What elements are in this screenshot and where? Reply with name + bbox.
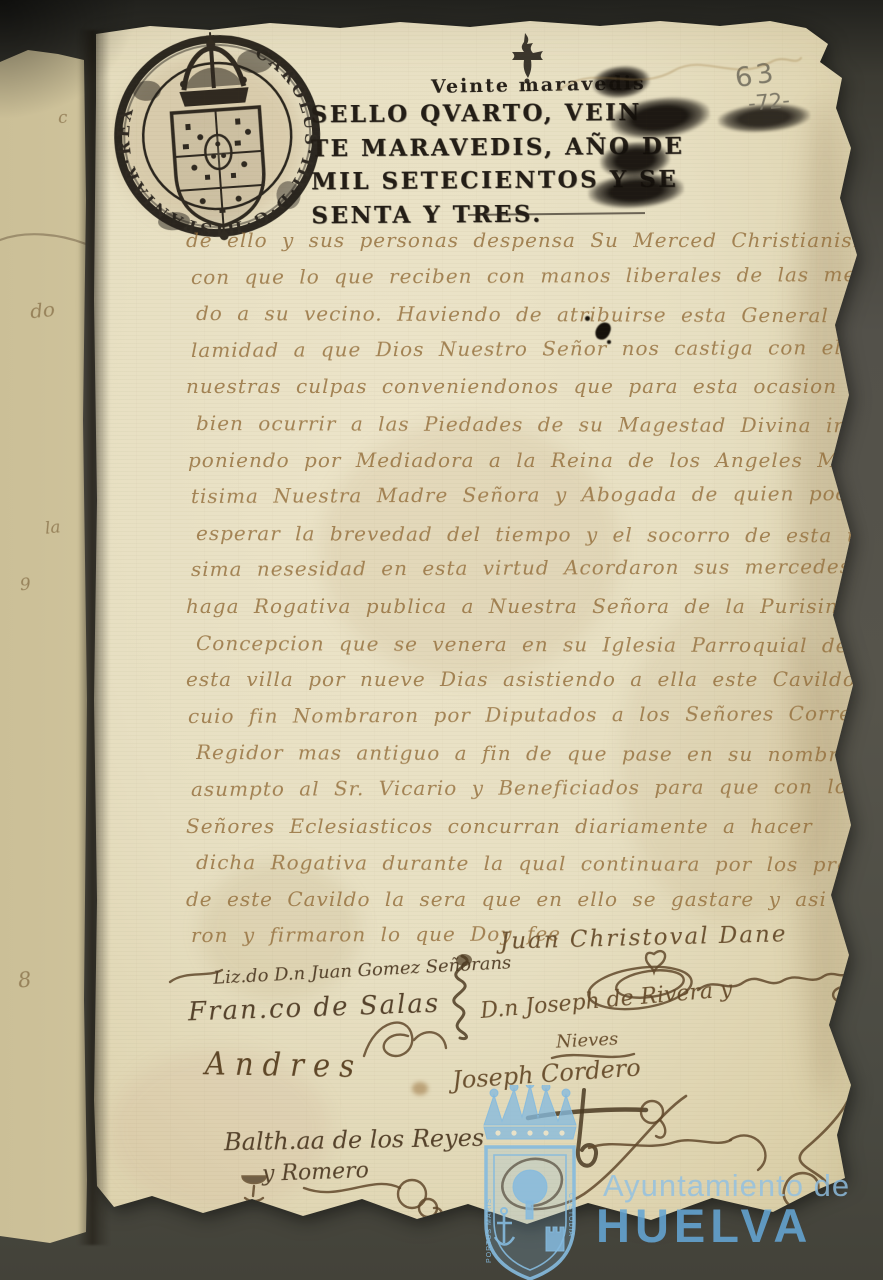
carlos-iii-seal-stamp-icon: CAROLUS·III·D·G·HISPANIAR·REX bbox=[101, 17, 334, 250]
huelva-coat-of-arms-icon: PORTUS MARIS CUSTODIA bbox=[470, 1085, 590, 1280]
signature-rubric-flourish bbox=[356, 1006, 452, 1064]
page-shadow-wrap: CAROLUS·III·D·G·HISPANIAR·REX bbox=[0, 0, 883, 1280]
ink-overprint-smudge bbox=[587, 171, 685, 212]
manuscript-line: Regidor mas antiguo a fin de que pase en… bbox=[196, 740, 858, 779]
binding-gutter-shadow bbox=[78, 30, 110, 1245]
manuscript-line: poniendo por Mediadora a la Reina de los… bbox=[188, 448, 858, 485]
manuscript-line: lamidad a que Dios Nuestro Señor nos cas… bbox=[191, 335, 858, 375]
manuscript-line: dicha Rogativa durante la qual continuar… bbox=[196, 850, 858, 889]
watermark-city-name: HUELVA bbox=[596, 1198, 812, 1253]
manuscript-body: de ello y sus personas despensa Su Merce… bbox=[186, 228, 858, 960]
ink-blot bbox=[585, 316, 590, 321]
manuscript-line: tisima Nuestra Madre Señora y Abogada de… bbox=[191, 481, 858, 521]
manuscript-line: de ello y sus personas despensa Su Merce… bbox=[186, 228, 858, 265]
signature-andres: Andres bbox=[205, 1045, 364, 1084]
manuscript-line: nuestras culpas conveniendonos que para … bbox=[186, 374, 858, 411]
goblet-doodle-icon bbox=[238, 1170, 272, 1208]
manuscript-line: do a su vecino. Haviendo de atribuirse e… bbox=[196, 301, 858, 340]
manuscript-page: CAROLUS·III·D·G·HISPANIAR·REX bbox=[0, 0, 883, 1280]
manuscript-line: bien ocurrir a las Piedades de su Magest… bbox=[196, 411, 858, 450]
manuscript-line: cuio fin Nombraron por Diputados a los S… bbox=[188, 701, 858, 741]
manuscript-line: esta villa por nueve Dias asistiendo a e… bbox=[186, 667, 858, 704]
manuscript-line: Señores Eclesiasticos concurran diariame… bbox=[186, 814, 858, 851]
ink-bleedthrough bbox=[555, 42, 805, 112]
watermark-shield-motto-right: CUSTODIA bbox=[567, 1193, 574, 1237]
manuscript-line: sima nesesidad en esta virtud Acordaron … bbox=[191, 554, 858, 594]
manuscript-line: haga Rogativa publica a Nuestra Señora d… bbox=[186, 594, 858, 631]
signature-rubric-flourish bbox=[558, 946, 860, 1024]
manuscript-line: Concepcion que se venera en su Iglesia P… bbox=[196, 631, 858, 670]
manuscript-line: de este Cavildo la sera que en ello se g… bbox=[186, 887, 858, 924]
ink-blot bbox=[607, 340, 611, 344]
paper-stain bbox=[412, 1082, 428, 1095]
watermark-shield-motto-left: PORTUS MARIS bbox=[486, 1198, 493, 1263]
signature-reyes: Balth.aa de los Reyes bbox=[224, 1124, 485, 1157]
manuscript-line: con que lo que reciben con manos liberal… bbox=[191, 262, 858, 302]
archival-document-scan: c do la 9 8 co CAROLUS·III·D·G·HISPANIAR… bbox=[0, 0, 883, 1280]
manuscript-line: asumpto al Sr. Vicario y Beneficiados pa… bbox=[191, 774, 858, 814]
